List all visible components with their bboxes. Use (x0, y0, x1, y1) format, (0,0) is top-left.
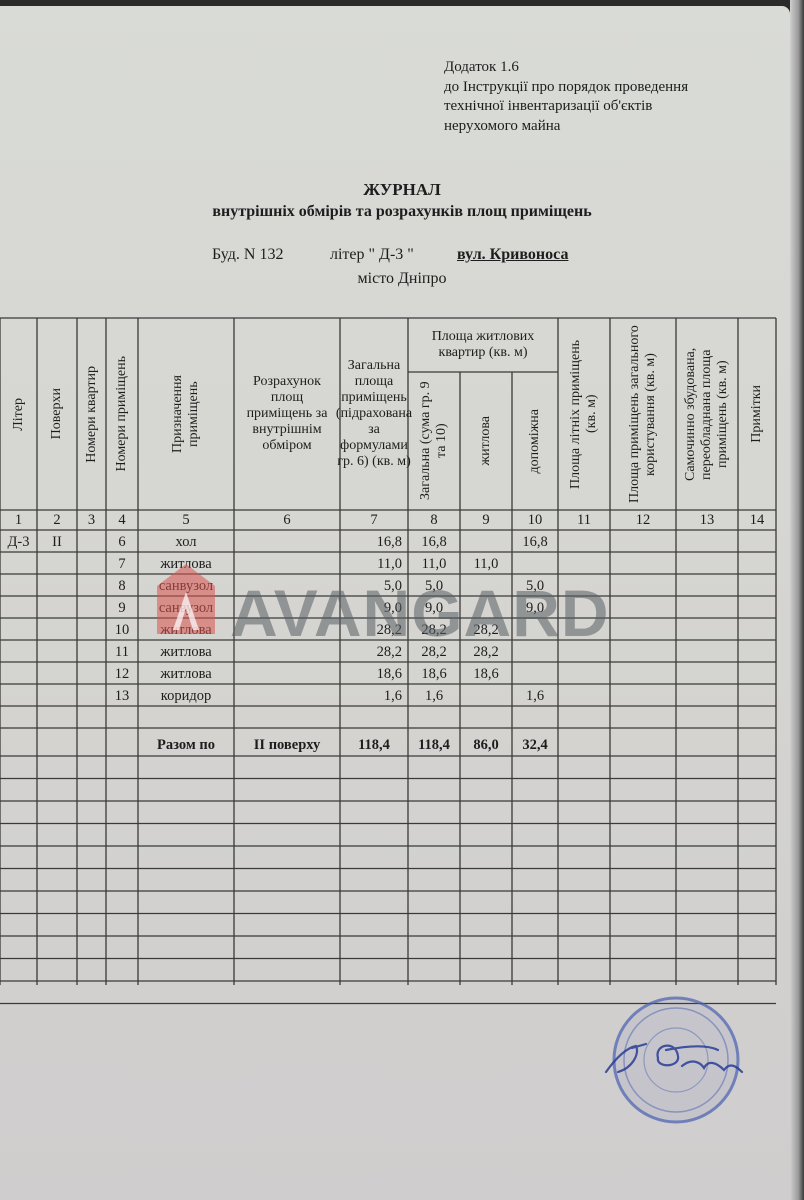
header-unauthorized: Самочинно збудована, переобладнана площа… (676, 318, 738, 510)
cell-apt (77, 531, 106, 553)
header-living-area: житлова (460, 372, 512, 510)
cell-liter: Д-3 (0, 531, 37, 553)
cell-apt-total: 18,6 (408, 663, 460, 685)
cell-liter (0, 575, 37, 597)
column-number: 7 (340, 509, 408, 531)
column-number: 3 (77, 509, 106, 531)
cell-floor (37, 707, 77, 729)
cell-calc (234, 663, 340, 685)
header-apartment-total: Загальна (сума гр. 9 та 10) (408, 372, 460, 510)
cell-floor (37, 663, 77, 685)
header-notes: Примітки (738, 318, 776, 510)
cell-aux (512, 707, 558, 729)
cell-room: 13 (106, 685, 138, 707)
cell-calc (234, 531, 340, 553)
summary-label: Разом по (138, 734, 234, 756)
summary-aux: 32,4 (512, 734, 558, 756)
header-auxiliary-area-text: допоміжна (527, 409, 543, 473)
cell-floor (37, 575, 77, 597)
header-liter: Літер (0, 318, 37, 510)
column-number: 10 (512, 509, 558, 531)
cell-apt (77, 685, 106, 707)
cell-purpose: коридор (138, 685, 234, 707)
header-room-numbers-text: Номери приміщень (114, 356, 130, 472)
cell-aux: 1,6 (512, 685, 558, 707)
header-room-numbers: Номери приміщень (106, 318, 138, 510)
cell-purpose: житлова (138, 641, 234, 663)
watermark-text: AVANGARD (230, 575, 610, 651)
cell-total (340, 707, 402, 729)
header-summer-rooms: Площа літніх приміщень (кв. м) (558, 318, 610, 510)
summary-floor-label: II поверху (234, 734, 340, 756)
summary-living: 86,0 (460, 734, 512, 756)
cell-apt-total: 16,8 (408, 531, 460, 553)
cell-apt (77, 619, 106, 641)
column-number: 13 (676, 509, 738, 531)
cell-apt (77, 597, 106, 619)
cell-room: 9 (106, 597, 138, 619)
cell-room: 12 (106, 663, 138, 685)
cell-liter (0, 553, 37, 575)
header-apartment-numbers: Номери квартир (77, 318, 106, 510)
column-number: 11 (558, 509, 610, 531)
header-notes-text: Примітки (749, 385, 765, 443)
cell-total: 1,6 (340, 685, 402, 707)
cell-living: 18,6 (460, 663, 512, 685)
cell-total: 16,8 (340, 531, 402, 553)
column-number: 1 (0, 509, 37, 531)
cell-liter (0, 685, 37, 707)
cell-room: 11 (106, 641, 138, 663)
cell-total: 18,6 (340, 663, 402, 685)
cell-apt-total: 11,0 (408, 553, 460, 575)
header-common-use: Площа приміщень загального користування … (610, 318, 676, 510)
column-number: 5 (138, 509, 234, 531)
cell-apt-total: 1,6 (408, 685, 460, 707)
cell-liter (0, 663, 37, 685)
cell-floor (37, 641, 77, 663)
cell-living (460, 531, 512, 553)
cell-apt (77, 553, 106, 575)
cell-calc (234, 685, 340, 707)
cell-aux: 16,8 (512, 531, 558, 553)
header-unauthorized-text: Самочинно збудована, переобладнана площа… (683, 322, 731, 507)
summary-total: 118,4 (340, 734, 408, 756)
column-number: 4 (106, 509, 138, 531)
cell-room: 7 (106, 553, 138, 575)
cell-purpose: хол (138, 531, 234, 553)
cell-floor (37, 553, 77, 575)
cell-calc (234, 707, 340, 729)
header-total-area: Загальна площа приміщень (підрахована за… (340, 318, 408, 510)
cell-purpose: житлова (138, 663, 234, 685)
cell-liter (0, 707, 37, 729)
header-auxiliary-area: допоміжна (512, 372, 558, 510)
header-area-calculation: Розрахунок площ приміщень за внутрішнім … (234, 318, 340, 510)
cell-apt (77, 575, 106, 597)
header-summer-rooms-text: Площа літніх приміщень (кв. м) (568, 329, 600, 499)
cell-room: 10 (106, 619, 138, 641)
header-apartment-area-group: Площа житлових квартир (кв. м) (408, 318, 558, 372)
header-apartment-numbers-text: Номери квартир (84, 366, 100, 463)
header-room-purpose-text: Призначення приміщень (170, 359, 202, 469)
cell-apt (77, 663, 106, 685)
cell-liter (0, 641, 37, 663)
cell-floor (37, 619, 77, 641)
cell-room: 6 (106, 531, 138, 553)
cell-liter (0, 619, 37, 641)
header-floors-text: Поверхи (49, 388, 65, 439)
official-stamp-icon (596, 988, 746, 1128)
summary-apt-total: 118,4 (408, 734, 460, 756)
cell-living (460, 685, 512, 707)
cell-floor (37, 685, 77, 707)
cell-room (106, 707, 138, 729)
cell-liter (0, 597, 37, 619)
header-living-area-text: житлова (478, 416, 494, 466)
cell-living (460, 707, 512, 729)
cell-floor: II (37, 531, 77, 553)
header-common-use-text: Площа приміщень загального користування … (627, 322, 659, 507)
column-number: 8 (408, 509, 460, 531)
cell-aux (512, 663, 558, 685)
header-room-purpose: Призначення приміщень (138, 318, 234, 510)
cell-purpose (138, 707, 234, 729)
cell-apt-total (408, 707, 460, 729)
cell-aux (512, 553, 558, 575)
header-floors: Поверхи (37, 318, 77, 510)
cell-total: 11,0 (340, 553, 402, 575)
cell-room: 8 (106, 575, 138, 597)
header-liter-text: Літер (11, 398, 27, 431)
cell-apt (77, 707, 106, 729)
column-number: 9 (460, 509, 512, 531)
column-number: 14 (738, 509, 776, 531)
column-number: 2 (37, 509, 77, 531)
cell-apt (77, 641, 106, 663)
cell-living: 11,0 (460, 553, 512, 575)
column-number: 6 (234, 509, 340, 531)
watermark-logo-icon (155, 562, 217, 636)
cell-floor (37, 597, 77, 619)
header-apartment-total-text: Загальна (сума гр. 9 та 10) (418, 376, 450, 506)
cell-calc (234, 553, 340, 575)
column-number: 12 (610, 509, 676, 531)
